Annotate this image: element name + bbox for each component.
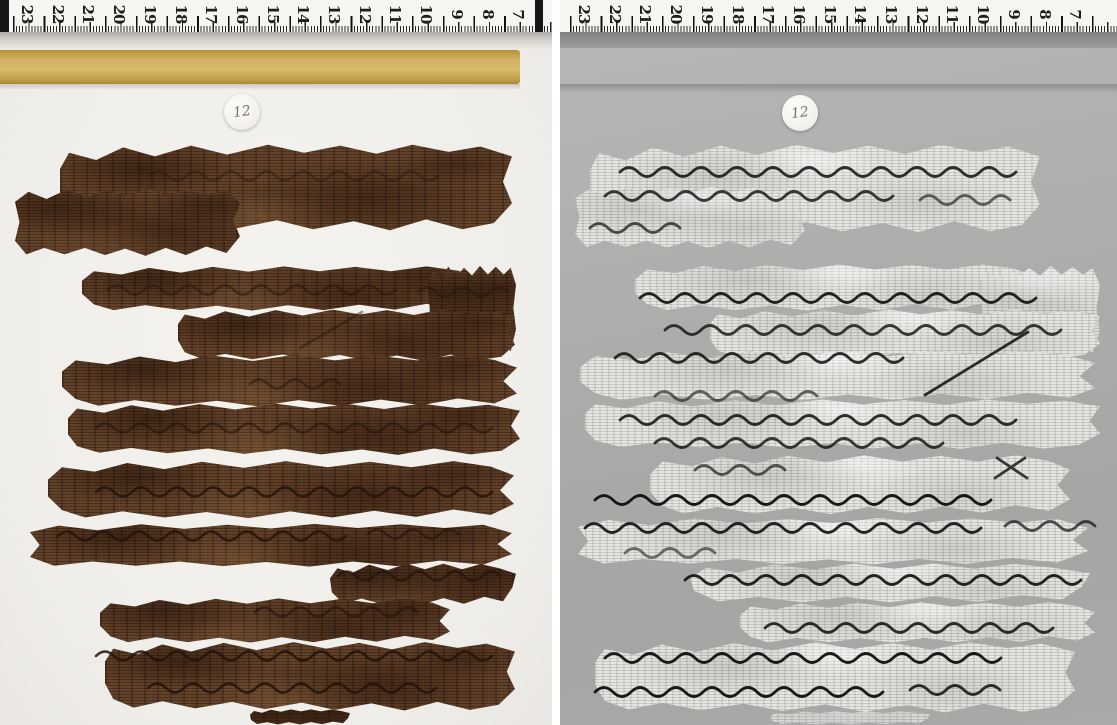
specimen-number-sticker: 12	[780, 93, 821, 134]
ruler-number: 23	[20, 1, 36, 27]
ruler-number: 18	[731, 1, 747, 27]
ruler-number: 9	[1007, 1, 1023, 27]
ruler-number: 9	[450, 1, 466, 27]
ruler-number: 22	[51, 1, 67, 27]
papyrus-fragment	[330, 560, 516, 606]
ruler-number: 10	[419, 1, 435, 27]
papyrus-fragment	[580, 348, 1095, 402]
ruler-number: 22	[608, 1, 624, 27]
papyrus-fragment	[740, 600, 1095, 644]
ruler-number: 11	[388, 1, 404, 27]
ruler-number: 16	[235, 1, 251, 27]
papyrus-fragment	[585, 398, 1100, 450]
papyrus-fragment	[62, 352, 517, 408]
ruler-number: 21	[81, 1, 97, 27]
ruler-number: 11	[945, 1, 961, 27]
ruler-number: 15	[823, 1, 839, 27]
ruler-end-cap-right	[535, 0, 543, 36]
gold-bar	[0, 50, 520, 84]
papyrus-fragment	[250, 708, 350, 725]
ruler-number: 7	[1068, 1, 1084, 27]
ruler-number: 16	[792, 1, 808, 27]
specimen-number-sticker: 12	[222, 92, 263, 133]
papyrus-fragment	[15, 186, 240, 258]
papyrus-fragment	[100, 596, 450, 644]
ruler-shadow	[0, 32, 552, 50]
panel-infrared-photograph: 23 22 21 20 19 18 17 16 15 14 13 12 11 1…	[560, 0, 1117, 725]
ruler-right: 23 22 21 20 19 18 17 16 15 14 13 12 11 1…	[560, 0, 1117, 35]
light-bar	[560, 48, 1117, 84]
ruler-number: 14	[853, 1, 869, 27]
panel-color-photograph: 23 22 21 20 19 18 17 16 15 14 13 12 11 1…	[0, 0, 552, 725]
ruler-number: 13	[327, 1, 343, 27]
papyrus-fragment	[635, 262, 1035, 312]
papyrus-fragment	[30, 522, 512, 568]
ruler-number: 19	[143, 1, 159, 27]
ruler-number: 15	[266, 1, 282, 27]
specimen-number-label: 12	[232, 103, 252, 121]
ruler-left: 23 22 21 20 19 18 17 16 15 14 13 12 11 1…	[0, 0, 552, 35]
specimen-number-label: 12	[790, 104, 810, 122]
papyrus-fragment	[710, 308, 1100, 360]
ruler-number: 13	[884, 1, 900, 27]
light-bar-shadow	[560, 84, 1117, 93]
ruler-number: 18	[174, 1, 190, 27]
ruler-number: 14	[296, 1, 312, 27]
papyrus-fragment	[578, 516, 1088, 566]
ruler-number: 12	[915, 1, 931, 27]
papyrus-fragment	[48, 458, 514, 520]
papyrus-recto-verso-composite: 23 22 21 20 19 18 17 16 15 14 13 12 11 1…	[0, 0, 1117, 725]
ruler-number: 20	[669, 1, 685, 27]
ruler-shadow	[560, 32, 1117, 48]
papyrus-fragment	[690, 560, 1090, 604]
papyrus-fragment	[82, 264, 478, 312]
ruler-number: 23	[577, 1, 593, 27]
papyrus-fragment	[68, 402, 520, 456]
papyrus-fragment	[595, 640, 1075, 714]
ruler-number: 8	[481, 1, 497, 27]
ruler-number: 10	[976, 1, 992, 27]
ruler-number: 17	[761, 1, 777, 27]
papyrus-fragment	[178, 308, 515, 362]
ruler-number: 12	[358, 1, 374, 27]
ruler-number: 17	[204, 1, 220, 27]
papyrus-fragment	[105, 640, 515, 712]
gold-bar-shadow	[0, 84, 520, 90]
papyrus-fragment	[650, 452, 1070, 516]
ruler-number: 8	[1038, 1, 1054, 27]
ruler-number: 7	[511, 1, 527, 27]
ruler-number: 19	[700, 1, 716, 27]
ruler-number: 21	[638, 1, 654, 27]
papyrus-fragment	[770, 710, 930, 725]
ruler-number: 20	[112, 1, 128, 27]
